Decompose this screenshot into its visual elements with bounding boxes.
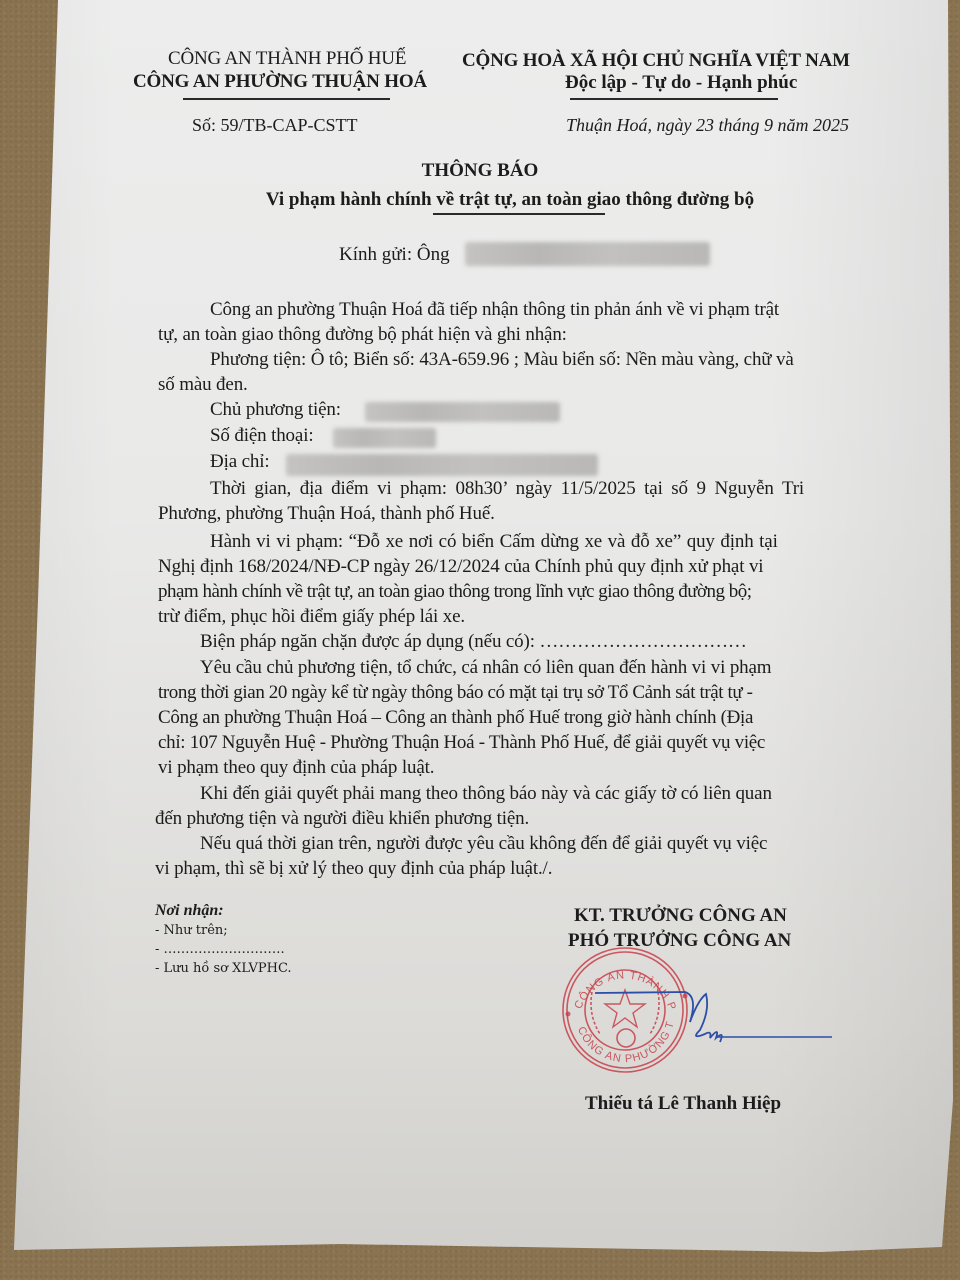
motto-underline xyxy=(570,98,778,100)
bring-line-1: Khi đến giải quyết phải mang theo thông … xyxy=(200,782,772,807)
svg-text:CÔNG AN THÀNH PHỐ HUẾ: CÔNG AN THÀNH PHỐ HUẾ xyxy=(540,930,678,1013)
phone-label: Số điện thoại: xyxy=(210,424,313,449)
owner-label: Chủ phương tiện: xyxy=(210,398,341,423)
bring-line-2: đến phương tiện và người điều khiển phươ… xyxy=(155,807,529,832)
vehicle-line-2: số màu đen. xyxy=(158,373,248,398)
signature-title-1: KT. TRƯỞNG CÔNG AN xyxy=(574,905,787,927)
recipients-item: - Như trên; xyxy=(155,923,228,938)
redacted-owner-name xyxy=(365,402,560,422)
official-stamp-and-signature: CÔNG AN THÀNH PHỐ HUẾ CÔNG AN PHƯỜNG THU… xyxy=(540,930,860,1100)
redacted-phone xyxy=(333,428,436,448)
document-number: Số: 59/TB-CAP-CSTT xyxy=(192,115,358,136)
time-place-line-2: Phương, phường Thuận Hoá, thành phố Huế. xyxy=(158,502,495,527)
agency-parent: CÔNG AN THÀNH PHỐ HUẾ xyxy=(168,48,406,70)
place-date: Thuận Hoá, ngày 23 tháng 9 năm 2025 xyxy=(566,115,849,136)
redacted-address xyxy=(286,454,598,476)
subtitle-underline xyxy=(433,213,605,215)
measures-line: Biện pháp ngăn chặn được áp dụng (nếu có… xyxy=(200,630,747,655)
country-name: CỘNG HOÀ XÃ HỘI CHỦ NGHĨA VIỆT NAM xyxy=(462,50,850,72)
intro-line-2: tự, an toàn giao thông đường bộ phát hiệ… xyxy=(158,323,567,348)
document-title: THÔNG BÁO xyxy=(0,160,960,182)
time-place-line-1: Thời gian, địa điểm vi phạm: 08h30’ ngày… xyxy=(210,477,804,502)
request-line-2: trong thời gian 20 ngày kể từ ngày thông… xyxy=(158,681,753,706)
agency-name: CÔNG AN PHƯỜNG THUẬN HOÁ xyxy=(133,71,427,93)
redacted-recipient-name xyxy=(465,242,710,266)
signer-name: Thiếu tá Lê Thanh Hiệp xyxy=(585,1093,781,1115)
signature-icon xyxy=(595,992,832,1042)
request-line-5: vi phạm theo quy định của pháp luật. xyxy=(158,756,434,781)
recipients-item: - ………………………. xyxy=(155,942,285,957)
vehicle-line-1: Phương tiện: Ô tô; Biển số: 43A-659.96 ;… xyxy=(210,348,794,373)
intro-line-1: Công an phường Thuận Hoá đã tiếp nhận th… xyxy=(210,298,779,323)
recipients-title: Nơi nhận: xyxy=(155,902,224,920)
warning-line-2: vi phạm, thì sẽ bị xử lý theo quy định c… xyxy=(155,857,552,882)
document-subtitle: Vi phạm hành chính về trật tự, an toàn g… xyxy=(0,189,960,211)
recipient-label: Kính gửi: Ông xyxy=(339,244,450,266)
request-line-1: Yêu cầu chủ phương tiện, tổ chức, cá nhâ… xyxy=(200,656,771,681)
national-motto: Độc lập - Tự do - Hạnh phúc xyxy=(565,72,797,94)
warning-line-1: Nếu quá thời gian trên, người được yêu c… xyxy=(200,832,767,857)
address-label: Địa chỉ: xyxy=(210,450,269,475)
violation-line-3: phạm hành chính về trật tự, an toàn giao… xyxy=(158,580,752,605)
violation-line-1: Hành vi vi phạm: “Đỗ xe nơi có biển Cấm … xyxy=(210,530,778,555)
agency-underline xyxy=(183,98,390,100)
violation-line-4: trừ điểm, phục hồi điểm giấy phép lái xe… xyxy=(158,605,465,630)
recipients-item: - Lưu hồ sơ XLVPHC. xyxy=(155,961,292,976)
request-line-3: Công an phường Thuận Hoá – Công an thành… xyxy=(158,706,753,731)
violation-line-2: Nghị định 168/2024/NĐ-CP ngày 26/12/2024… xyxy=(158,555,763,580)
request-line-4: chỉ: 107 Nguyễn Huệ - Phường Thuận Hoá -… xyxy=(158,731,765,756)
